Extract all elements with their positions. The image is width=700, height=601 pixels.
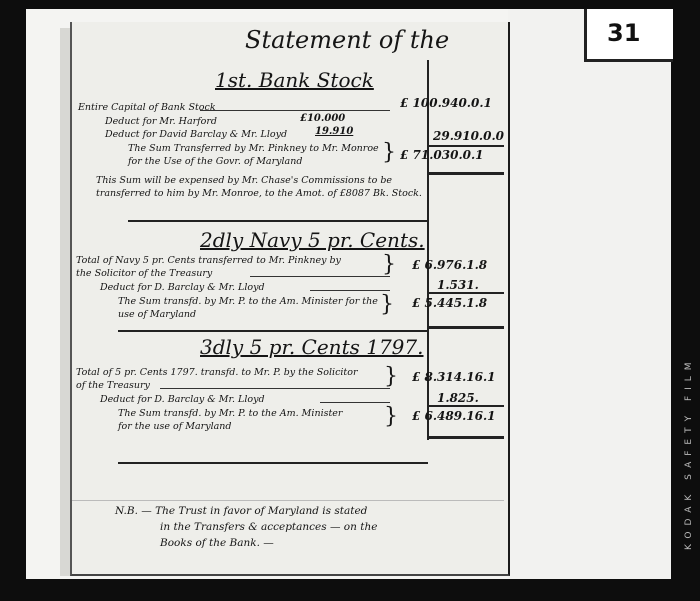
section3-heading: 3dly 5 pr. Cents 1797. bbox=[200, 335, 423, 359]
section2-heading: 2dly Navy 5 pr. Cents. bbox=[200, 228, 425, 252]
section1-line: The Sum Transferred by Mr. Pinkney to Mr… bbox=[128, 143, 379, 154]
leader-line bbox=[250, 276, 390, 277]
leader-line bbox=[310, 290, 390, 291]
brace: } bbox=[380, 292, 394, 317]
film-edge-text: KODAK SAFETY FILM bbox=[684, 70, 698, 550]
section1-line: Deduct for Mr. Harford bbox=[105, 116, 217, 127]
fold-line bbox=[72, 500, 504, 501]
section2-amount-total: £ 6.976.1.8 bbox=[412, 258, 487, 272]
section1-inline-amount: £10.000 bbox=[300, 113, 345, 124]
section2-line: The Sum transfd. by Mr. P. to the Am. Mi… bbox=[118, 296, 378, 307]
section2-line: Deduct for D. Barclay & Mr. Lloyd bbox=[100, 282, 265, 293]
section1-note: This Sum will be expensed by Mr. Chase's… bbox=[96, 175, 392, 186]
section1-heading: 1st. Bank Stock bbox=[215, 68, 374, 92]
section3-line: of the Treasury bbox=[76, 380, 150, 391]
brace: } bbox=[384, 404, 398, 429]
section1-line: Deduct for David Barclay & Mr. Lloyd bbox=[105, 129, 287, 140]
sum-rule bbox=[428, 326, 504, 329]
sum-rule bbox=[428, 436, 504, 439]
section2-line: Total of Navy 5 pr. Cents transferred to… bbox=[76, 255, 341, 266]
sum-rule bbox=[428, 145, 504, 147]
section1-line: Entire Capital of Bank Stock bbox=[78, 102, 216, 113]
section1-amount-net: £ 71.030.0.1 bbox=[400, 148, 484, 162]
brace: } bbox=[382, 252, 396, 277]
section-rule bbox=[118, 330, 428, 332]
section2-amount-deduct: 1.531. bbox=[437, 278, 479, 292]
section1-line: for the Use of the Govr. of Maryland bbox=[128, 156, 302, 167]
section1-amount-deduct: 29.910.0.0 bbox=[433, 129, 504, 143]
section2-line: the Solicitor of the Treasury bbox=[76, 268, 212, 279]
section-rule bbox=[128, 220, 428, 222]
section1-amount-total: £ 100.940.0.1 bbox=[400, 96, 492, 110]
section-rule bbox=[118, 462, 428, 464]
section3-line: for the use of Maryland bbox=[118, 421, 231, 432]
page-number: 31 bbox=[607, 19, 640, 47]
brace: } bbox=[382, 140, 396, 165]
brace: } bbox=[384, 364, 398, 389]
section3-amount-net: £ 6.489.16.1 bbox=[412, 409, 496, 423]
leader-line bbox=[160, 388, 390, 389]
section3-line: The Sum transfd. by Mr. P. to the Am. Mi… bbox=[118, 408, 342, 419]
section2-line: use of Maryland bbox=[118, 309, 196, 320]
section3-amount-total: £ 8.314.16.1 bbox=[412, 370, 496, 384]
section1-inline-amount: 19.910 bbox=[315, 126, 353, 137]
nb-line: Books of the Bank. — bbox=[160, 537, 274, 549]
section3-line: Total of 5 pr. Cents 1797. transfd. to M… bbox=[76, 367, 358, 378]
nb-line: in the Transfers & acceptances — on the bbox=[160, 521, 377, 533]
section3-line: Deduct for D. Barclay & Mr. Lloyd bbox=[100, 394, 265, 405]
document-title: Statement of the bbox=[245, 26, 449, 54]
section2-amount-net: £ 5.445.1.8 bbox=[412, 296, 487, 310]
leader-line bbox=[320, 402, 390, 403]
page-number-tab: 31 bbox=[584, 9, 673, 62]
sum-rule bbox=[428, 172, 504, 175]
section1-note: transferred to him by Mr. Monroe, to the… bbox=[96, 188, 422, 199]
leader-line bbox=[200, 110, 390, 111]
facing-page-blank bbox=[508, 9, 671, 579]
section3-amount-deduct: 1.825. bbox=[437, 391, 479, 405]
sum-rule bbox=[428, 405, 504, 407]
sum-rule bbox=[428, 292, 504, 294]
nb-line: N.B. — The Trust in favor of Maryland is… bbox=[115, 505, 367, 517]
